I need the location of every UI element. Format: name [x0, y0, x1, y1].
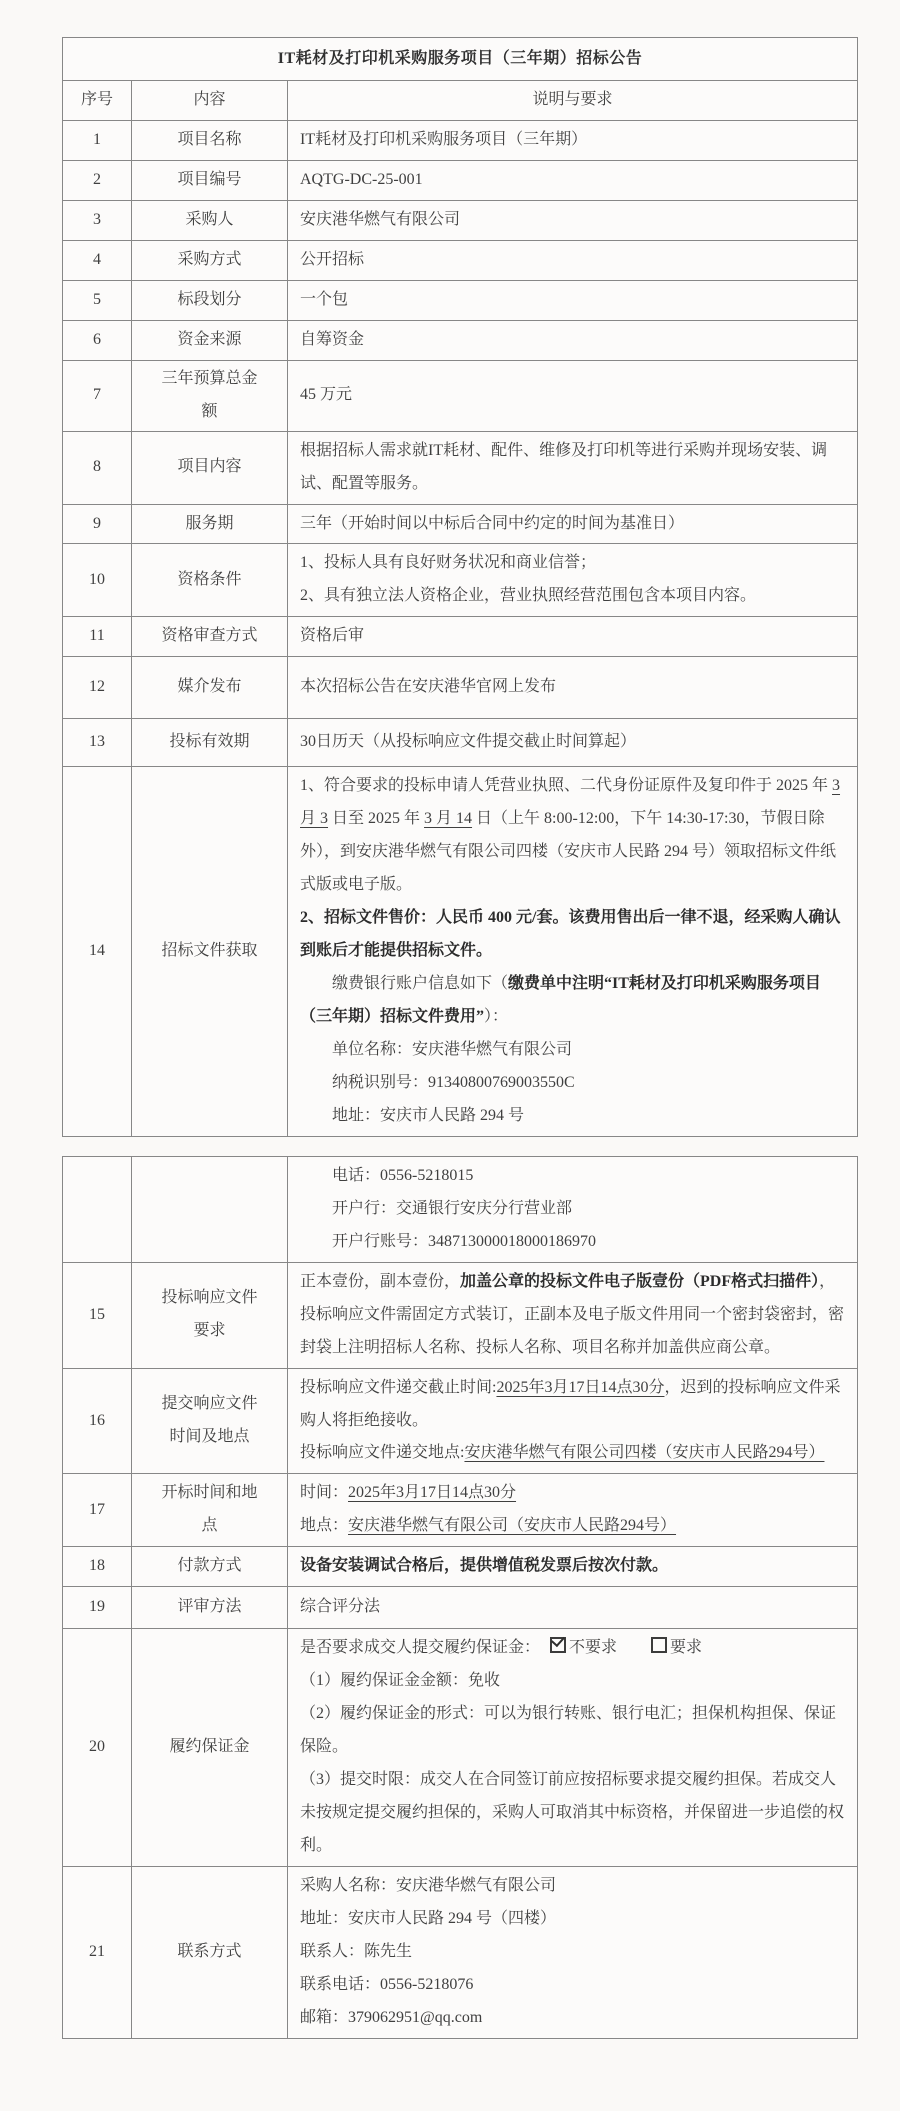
table-row: 17开标时间和地点时间：2025年3月17日14点30分地点：安庆港华燃气有限公… — [63, 1474, 858, 1547]
row-number-cell: 1 — [63, 121, 132, 161]
checkbox-checked-icon — [550, 1637, 566, 1653]
table-row: 13投标有效期30日历天（从投标响应文件提交截止时间算起） — [63, 719, 858, 767]
cell-paragraph: 资格后审 — [300, 620, 847, 653]
cell-paragraph: 1、投标人具有良好财务状况和商业信誉； — [300, 547, 847, 580]
row-number-cell: 2 — [63, 160, 132, 200]
text-segment: 正本壹份，副本壹份， — [300, 1273, 460, 1290]
text-segment: 纳税识别号：91340800769003550C — [332, 1074, 575, 1091]
bid-announcement-table-part2: 电话：0556-5218015开户行：交通银行安庆分行营业部开户行账号：3487… — [62, 1156, 858, 2039]
cell-paragraph: 安庆港华燃气有限公司 — [300, 204, 847, 237]
text-segment — [617, 1639, 649, 1656]
text-segment: 资格后审 — [300, 627, 364, 644]
cell-paragraph: 地址：安庆市人民路 294 号 — [300, 1100, 847, 1133]
text-segment: 电话：0556-5218015 — [332, 1167, 473, 1184]
row-label-cell: 项目编号 — [132, 160, 288, 200]
row-number-cell: 11 — [63, 617, 132, 657]
row-content-cell: 1、符合要求的投标申请人凭营业执照、二代身份证原件及复印件于 2025 年 3 … — [288, 767, 858, 1136]
cell-paragraph: 开户行账号：348713000018000186970 — [300, 1226, 847, 1259]
cell-paragraph: AQTG-DC-25-001 — [300, 164, 847, 197]
text-segment: 一个包 — [300, 291, 348, 308]
text-segment: 单位名称：安庆港华燃气有限公司 — [332, 1041, 572, 1058]
cell-paragraph: 2、具有独立法人资格企业，营业执照经营范围包含本项目内容。 — [300, 580, 847, 613]
row-label-cell: 采购人 — [132, 200, 288, 240]
text-segment: 安庆港华燃气有限公司 — [300, 211, 460, 228]
cell-paragraph: 邮箱：379062951@qq.com — [300, 2002, 847, 2035]
row-label-cell — [132, 1156, 288, 1262]
text-segment: 1、投标人具有良好财务状况和商业信誉； — [300, 554, 596, 571]
text-segment: （1）履约保证金金额：免收 — [300, 1672, 500, 1689]
cell-paragraph: 三年（开始时间以中标后合同中约定的时间为基准日） — [300, 508, 847, 541]
cell-paragraph: （3）提交时限：成交人在合同签订前应按招标要求提交履约担保。若成交人未按规定提交… — [300, 1764, 847, 1863]
table-row: 2项目编号AQTG-DC-25-001 — [63, 160, 858, 200]
bold-text: 2、招标文件售价：人民币 400 元/套。该费用售出后一律不退，经采购人确认到账… — [300, 909, 840, 959]
text-segment: 地址：安庆市人民路 294 号 — [332, 1107, 524, 1124]
row-content-cell: 本次招标公告在安庆港华官网上发布 — [288, 657, 858, 719]
text-segment: 邮箱：379062951@qq.com — [300, 2009, 482, 2026]
table-row: 11资格审查方式资格后审 — [63, 617, 858, 657]
row-content-cell: 自筹资金 — [288, 320, 858, 360]
row-content-cell: 综合评分法 — [288, 1587, 858, 1629]
row-label-cell: 投标响应文件要求 — [132, 1262, 288, 1368]
cell-paragraph: （1）履约保证金金额：免收 — [300, 1665, 847, 1698]
table-row: 5标段划分一个包 — [63, 280, 858, 320]
cell-paragraph: 纳税识别号：91340800769003550C — [300, 1067, 847, 1100]
text-segment: （2）履约保证金的形式：可以为银行转账、银行电汇；担保机构担保、保证保险。 — [300, 1705, 836, 1755]
text-segment: 时间： — [300, 1484, 348, 1501]
row-number-cell: 14 — [63, 767, 132, 1136]
text-segment: 联系人：陈先生 — [300, 1943, 412, 1960]
table-row: 9服务期三年（开始时间以中标后合同中约定的时间为基准日） — [63, 504, 858, 544]
table-row: 19评审方法综合评分法 — [63, 1587, 858, 1629]
row-content-cell: 采购人名称：安庆港华燃气有限公司地址：安庆市人民路 294 号（四楼）联系人：陈… — [288, 1866, 858, 2038]
cell-paragraph: 投标响应文件递交截止时间:2025年3月17日14点30分，迟到的投标响应文件采… — [300, 1372, 847, 1438]
row-content-cell: IT耗材及打印机采购服务项目（三年期） — [288, 121, 858, 161]
row-number-cell: 3 — [63, 200, 132, 240]
table-row: 18付款方式设备安装调试合格后，提供增值税发票后按次付款。 — [63, 1547, 858, 1587]
row-number-cell: 19 — [63, 1587, 132, 1629]
header-row: 序号 内容 说明与要求 — [63, 81, 858, 121]
row-number-cell: 12 — [63, 657, 132, 719]
bid-announcement-table-part1: IT耗材及打印机采购服务项目（三年期）招标公告 序号 内容 说明与要求 1项目名… — [62, 37, 858, 1137]
cell-paragraph: 本次招标公告在安庆港华官网上发布 — [300, 671, 847, 704]
underlined-text: 2025年3月17日14点30分 — [496, 1379, 664, 1396]
text-segment: ）： — [484, 1008, 508, 1025]
row-number-cell: 13 — [63, 719, 132, 767]
row-content-cell: AQTG-DC-25-001 — [288, 160, 858, 200]
bold-text: 设备安装调试合格后，提供增值税发票后按次付款。 — [300, 1557, 668, 1574]
text-segment: IT耗材及打印机采购服务项目（三年期） — [300, 131, 587, 148]
cell-paragraph: 采购人名称：安庆港华燃气有限公司 — [300, 1870, 847, 1903]
cell-paragraph: 公开招标 — [300, 244, 847, 277]
table-row: 16提交响应文件时间及地点投标响应文件递交截止时间:2025年3月17日14点3… — [63, 1368, 858, 1474]
text-segment: 根据招标人需求就IT耗材、配件、维修及打印机等进行采购并现场安装、调试、配置等服… — [300, 442, 827, 492]
title-row: IT耗材及打印机采购服务项目（三年期）招标公告 — [63, 38, 858, 81]
text-segment: 联系电话：0556-5218076 — [300, 1976, 473, 1993]
text-segment: 投标响应文件递交截止时间: — [300, 1379, 496, 1396]
text-segment: 30日历天（从投标响应文件提交截止时间算起） — [300, 733, 636, 750]
text-segment: 开户行账号：348713000018000186970 — [332, 1233, 596, 1250]
row-content-cell: 电话：0556-5218015开户行：交通银行安庆分行营业部开户行账号：3487… — [288, 1156, 858, 1262]
cell-paragraph: 时间：2025年3月17日14点30分 — [300, 1477, 847, 1510]
column-header-content: 内容 — [132, 81, 288, 121]
text-segment: AQTG-DC-25-001 — [300, 171, 423, 188]
cell-paragraph: 正本壹份，副本壹份，加盖公章的投标文件电子版壹份（PDF格式扫描件），投标响应文… — [300, 1266, 847, 1365]
underlined-text: 3 月 14 — [424, 810, 472, 827]
row-content-cell: 三年（开始时间以中标后合同中约定的时间为基准日） — [288, 504, 858, 544]
table-row: 15投标响应文件要求正本壹份，副本壹份，加盖公章的投标文件电子版壹份（PDF格式… — [63, 1262, 858, 1368]
row-content-cell: 投标响应文件递交截止时间:2025年3月17日14点30分，迟到的投标响应文件采… — [288, 1368, 858, 1474]
cell-paragraph: 联系电话：0556-5218076 — [300, 1969, 847, 2002]
row-content-cell: 资格后审 — [288, 617, 858, 657]
text-segment: 2、具有独立法人资格企业，营业执照经营范围包含本项目内容。 — [300, 587, 756, 604]
table-row: 14招标文件获取1、符合要求的投标申请人凭营业执照、二代身份证原件及复印件于 2… — [63, 767, 858, 1136]
row-number-cell: 7 — [63, 360, 132, 431]
underlined-text: 安庆港华燃气有限公司四楼（安庆市人民路294号） — [464, 1444, 824, 1461]
row-content-cell: 设备安装调试合格后，提供增值税发票后按次付款。 — [288, 1547, 858, 1587]
row-label-cell: 项目名称 — [132, 121, 288, 161]
text-segment: 综合评分法 — [300, 1598, 380, 1615]
cell-paragraph: 缴费银行账户信息如下（缴费单中注明“IT耗材及打印机采购服务项目（三年期）招标文… — [300, 968, 847, 1034]
cell-paragraph: 自筹资金 — [300, 324, 847, 357]
row-content-cell: 45 万元 — [288, 360, 858, 431]
row-label-cell: 资金来源 — [132, 320, 288, 360]
cell-paragraph: 联系人：陈先生 — [300, 1936, 847, 1969]
row-number-cell: 18 — [63, 1547, 132, 1587]
table-row: 7三年预算总金额45 万元 — [63, 360, 858, 431]
row-label-cell: 资格审查方式 — [132, 617, 288, 657]
row-number-cell: 17 — [63, 1474, 132, 1547]
cell-paragraph: 30日历天（从投标响应文件提交截止时间算起） — [300, 726, 847, 759]
cell-paragraph: 单位名称：安庆港华燃气有限公司 — [300, 1034, 847, 1067]
table-row: 3采购人安庆港华燃气有限公司 — [63, 200, 858, 240]
page-break-gap — [62, 1137, 857, 1156]
row-number-cell: 4 — [63, 240, 132, 280]
row-number-cell: 15 — [63, 1262, 132, 1368]
row-label-cell: 项目内容 — [132, 431, 288, 504]
cell-paragraph: 45 万元 — [300, 379, 847, 412]
text-segment: 投标响应文件递交地点: — [300, 1444, 464, 1461]
row-label-cell: 开标时间和地点 — [132, 1474, 288, 1547]
cell-paragraph: IT耗材及打印机采购服务项目（三年期） — [300, 124, 847, 157]
row-number-cell: 6 — [63, 320, 132, 360]
row-content-cell: 安庆港华燃气有限公司 — [288, 200, 858, 240]
table-row: 电话：0556-5218015开户行：交通银行安庆分行营业部开户行账号：3487… — [63, 1156, 858, 1262]
row-content-cell: 是否要求成交人提交履约保证金： 不要求 要求（1）履约保证金金额：免收（2）履约… — [288, 1629, 858, 1867]
text-segment: 开户行：交通银行安庆分行营业部 — [332, 1200, 572, 1217]
cell-paragraph: 投标响应文件递交地点:安庆港华燃气有限公司四楼（安庆市人民路294号） — [300, 1437, 847, 1470]
row-label-cell: 服务期 — [132, 504, 288, 544]
bold-text: 加盖公章的投标文件电子版壹份（PDF格式扫描件） — [460, 1273, 819, 1290]
row-number-cell: 5 — [63, 280, 132, 320]
text-segment: 本次招标公告在安庆港华官网上发布 — [300, 678, 556, 695]
row-number-cell: 16 — [63, 1368, 132, 1474]
row-label-cell: 招标文件获取 — [132, 767, 288, 1136]
row-number-cell — [63, 1156, 132, 1262]
table-row: 12媒介发布本次招标公告在安庆港华官网上发布 — [63, 657, 858, 719]
cell-paragraph: 根据招标人需求就IT耗材、配件、维修及打印机等进行采购并现场安装、调试、配置等服… — [300, 435, 847, 501]
cell-paragraph: 电话：0556-5218015 — [300, 1160, 847, 1193]
cell-paragraph: 设备安装调试合格后，提供增值税发票后按次付款。 — [300, 1550, 847, 1583]
text-segment: 是否要求成交人提交履约保证金： — [300, 1639, 548, 1656]
row-number-cell: 9 — [63, 504, 132, 544]
row-content-cell: 1、投标人具有良好财务状况和商业信誉；2、具有独立法人资格企业，营业执照经营范围… — [288, 544, 858, 617]
row-content-cell: 公开招标 — [288, 240, 858, 280]
table-row: 10资格条件1、投标人具有良好财务状况和商业信誉；2、具有独立法人资格企业，营业… — [63, 544, 858, 617]
row-label-cell: 履约保证金 — [132, 1629, 288, 1867]
text-segment: 缴费银行账户信息如下（ — [332, 975, 508, 992]
row-label-cell: 付款方式 — [132, 1547, 288, 1587]
row-content-cell: 30日历天（从投标响应文件提交截止时间算起） — [288, 719, 858, 767]
row-label-cell: 提交响应文件时间及地点 — [132, 1368, 288, 1474]
underlined-text: 安庆港华燃气有限公司（安庆市人民路294号） — [348, 1517, 676, 1534]
column-header-no: 序号 — [63, 81, 132, 121]
table-row: 6资金来源自筹资金 — [63, 320, 858, 360]
table-row: 21联系方式采购人名称：安庆港华燃气有限公司地址：安庆市人民路 294 号（四楼… — [63, 1866, 858, 2038]
text-segment: 不要求 — [569, 1639, 617, 1656]
row-content-cell: 根据招标人需求就IT耗材、配件、维修及打印机等进行采购并现场安装、调试、配置等服… — [288, 431, 858, 504]
text-segment: 日至 2025 年 — [328, 810, 424, 827]
text-segment: 自筹资金 — [300, 331, 364, 348]
row-label-cell: 联系方式 — [132, 1866, 288, 2038]
row-label-cell: 采购方式 — [132, 240, 288, 280]
row-label-cell: 三年预算总金额 — [132, 360, 288, 431]
text-segment: 45 万元 — [300, 386, 352, 403]
cell-paragraph: （2）履约保证金的形式：可以为银行转账、银行电汇；担保机构担保、保证保险。 — [300, 1698, 847, 1764]
cell-paragraph: 综合评分法 — [300, 1591, 847, 1624]
text-segment: 1、符合要求的投标申请人凭营业执照、二代身份证原件及复印件于 2025 年 — [300, 777, 832, 794]
cell-paragraph: 1、符合要求的投标申请人凭营业执照、二代身份证原件及复印件于 2025 年 3 … — [300, 770, 847, 902]
cell-paragraph: 是否要求成交人提交履约保证金： 不要求 要求 — [300, 1632, 847, 1665]
cell-paragraph: 2、招标文件售价：人民币 400 元/套。该费用售出后一律不退，经采购人确认到账… — [300, 902, 847, 968]
text-segment: 三年（开始时间以中标后合同中约定的时间为基准日） — [300, 515, 684, 532]
row-number-cell: 20 — [63, 1629, 132, 1867]
row-label-cell: 媒介发布 — [132, 657, 288, 719]
row-content-cell: 时间：2025年3月17日14点30分地点：安庆港华燃气有限公司（安庆市人民路2… — [288, 1474, 858, 1547]
table1-body: 1项目名称IT耗材及打印机采购服务项目（三年期）2项目编号AQTG-DC-25-… — [63, 121, 858, 1137]
cell-paragraph: 开户行：交通银行安庆分行营业部 — [300, 1193, 847, 1226]
text-segment: 地址：安庆市人民路 294 号（四楼） — [300, 1910, 556, 1927]
row-label-cell: 投标有效期 — [132, 719, 288, 767]
text-segment: 要求 — [670, 1639, 702, 1656]
cell-paragraph: 一个包 — [300, 284, 847, 317]
row-number-cell: 8 — [63, 431, 132, 504]
table-row: 8项目内容根据招标人需求就IT耗材、配件、维修及打印机等进行采购并现场安装、调试… — [63, 431, 858, 504]
row-label-cell: 标段划分 — [132, 280, 288, 320]
row-label-cell: 资格条件 — [132, 544, 288, 617]
text-segment: 公开招标 — [300, 251, 364, 268]
row-number-cell: 10 — [63, 544, 132, 617]
document-title: IT耗材及打印机采购服务项目（三年期）招标公告 — [63, 38, 858, 81]
table-row: 1项目名称IT耗材及打印机采购服务项目（三年期） — [63, 121, 858, 161]
row-content-cell: 一个包 — [288, 280, 858, 320]
table2-body: 电话：0556-5218015开户行：交通银行安庆分行营业部开户行账号：3487… — [63, 1156, 858, 2038]
cell-paragraph: 地点：安庆港华燃气有限公司（安庆市人民路294号） — [300, 1510, 847, 1543]
scanned-document-page: IT耗材及打印机采购服务项目（三年期）招标公告 序号 内容 说明与要求 1项目名… — [0, 0, 900, 2078]
row-content-cell: 正本壹份，副本壹份，加盖公章的投标文件电子版壹份（PDF格式扫描件），投标响应文… — [288, 1262, 858, 1368]
text-segment: 地点： — [300, 1517, 348, 1534]
underlined-text: 2025年3月17日14点30分 — [348, 1484, 516, 1501]
row-number-cell: 21 — [63, 1866, 132, 2038]
table-row: 4采购方式公开招标 — [63, 240, 858, 280]
text-segment: （3）提交时限：成交人在合同签订前应按招标要求提交履约担保。若成交人未按规定提交… — [300, 1771, 844, 1854]
table-row: 20履约保证金是否要求成交人提交履约保证金： 不要求 要求（1）履约保证金金额：… — [63, 1629, 858, 1867]
text-segment: 采购人名称：安庆港华燃气有限公司 — [300, 1877, 556, 1894]
row-label-cell: 评审方法 — [132, 1587, 288, 1629]
checkbox-unchecked-icon — [651, 1637, 667, 1653]
cell-paragraph: 地址：安庆市人民路 294 号（四楼） — [300, 1903, 847, 1936]
column-header-desc: 说明与要求 — [288, 81, 858, 121]
